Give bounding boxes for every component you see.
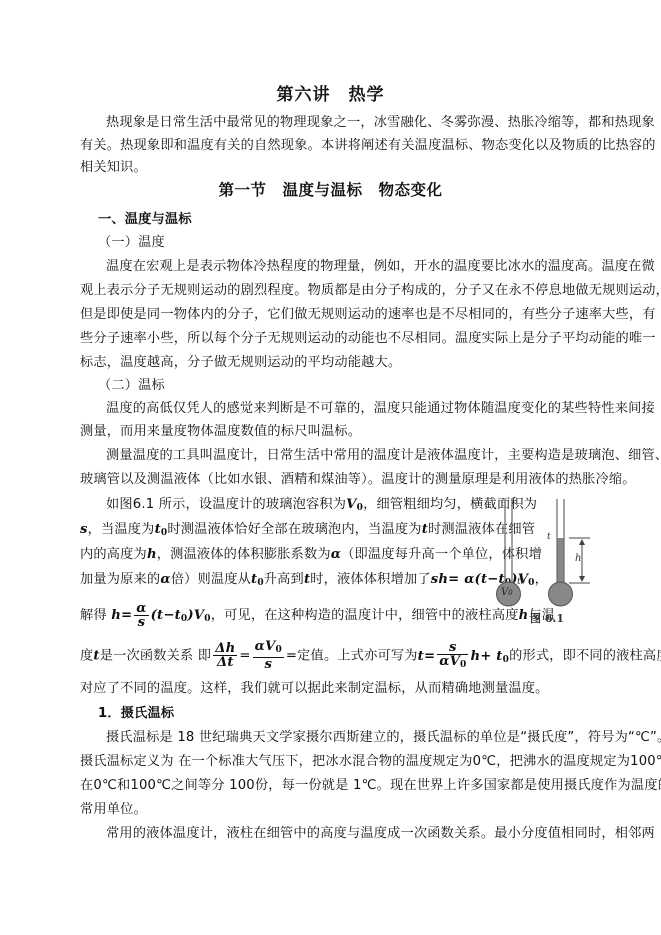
- paragraph-line: 标志，温度越高，分子做无规则运动的平均动能越大。: [80, 353, 401, 373]
- intro-line: 有关。热现象即和温度有关的自然现象。本讲将阐述有关温度温标、物态变化以及物质的比…: [80, 136, 656, 156]
- math-alpha: α: [331, 547, 341, 562]
- label-V0: V0: [501, 587, 513, 598]
- figure-caption: 图 6.1: [530, 610, 564, 626]
- lecture-title: 第六讲 热学: [0, 80, 661, 105]
- equation-t: t=sαV0h+ t0: [418, 649, 509, 664]
- paragraph-line: 摄氏温标是 18 世纪瑞典天文学家摄尔西斯建立的，摄氏温标的单位是“摄氏度”，符…: [106, 728, 661, 748]
- paragraph-line: 在0℃和100℃之间等分 100份，每一份就是 1℃。现在世界上许多国家都是使用…: [80, 776, 661, 796]
- paragraph-line: s，当温度为t0时测温液体恰好全部在玻璃泡内，当温度为t时测温液体在细管: [80, 520, 535, 543]
- equation-h: h=αs(t−t0)V0: [111, 608, 211, 623]
- label-h: h: [575, 553, 581, 564]
- section-title: 第一节 温度与温标 物态变化: [0, 178, 661, 200]
- paragraph-line: 内的高度为h，测温液体的体积膨胀系数为α（即温度每升高一个单位，体积增: [80, 545, 542, 565]
- heading-temperature-scale: 一、温度与温标: [98, 210, 192, 230]
- math-V0: V0: [346, 497, 363, 512]
- subheading-temperature: （一）温度: [98, 233, 165, 253]
- label-t: t: [547, 532, 551, 542]
- paragraph-line: 解得 h=αs(t−t0)V0，可见，在这种构造的温度计中，细管中的液柱高度h与…: [80, 602, 555, 633]
- fraction-dh-dt: ΔhΔt: [213, 642, 237, 669]
- document-page: 第六讲 热学 热现象是日常生活中最常见的物理现象之一，冰雪融化、冬雾弥漫、热胀冷…: [0, 0, 661, 935]
- math-t0: t0: [155, 522, 168, 537]
- figure-thermometer: t0 V0 t h 图 6.1: [492, 484, 622, 634]
- paragraph-line: 如图6.1 所示，设温度计的玻璃泡容积为V0，细管粗细均匀，横截面积为: [106, 495, 537, 518]
- paragraph-line: 观上表示分子无规则运动的剧烈程度。物质都是由分子构成的，分子又在永不停息地做无规…: [80, 281, 661, 301]
- paragraph-line: 温度在宏观上是表示物体冷热程度的物理量，例如，开水的温度要比冰水的温度高。温度在…: [106, 257, 655, 277]
- paragraph-line: 度t是一次函数关系 即ΔhΔt=αV0s=定值。上式亦可写为t=sαV0h+ t…: [80, 640, 661, 675]
- paragraph-line: 摄氏温标定义为 在一个标准大气压下，把冰水混合物的温度规定为0℃，把沸水的温度规…: [80, 752, 661, 772]
- math-s: s: [80, 522, 88, 537]
- intro-line: 热现象是日常生活中最常见的物理现象之一，冰雪融化、冬雾弥漫、热胀冷缩等，都和热现…: [106, 113, 655, 133]
- paragraph-line: 常用单位。: [80, 800, 147, 820]
- math-h: h: [147, 547, 157, 562]
- paragraph-line: 温度的高低仅凭人的感觉来判断是不可靠的，温度只能通过物体随温度变化的某些特性来间…: [106, 399, 655, 419]
- paragraph-line: 测量，而用来量度物体温度数值的标尺叫温标。: [80, 422, 361, 442]
- fraction-aV0-s: αV0s: [253, 640, 284, 671]
- paragraph-line: 测量温度的工具叫温度计，日常生活中常用的温度计是液体温度计，主要构造是玻璃泡、细…: [106, 446, 661, 466]
- paragraph-line: 些分子速率小些，所以每个分子无规则运动的动能也不尽相同。温度实际上是分子平均动能…: [80, 329, 656, 349]
- label-t0: t0: [517, 577, 525, 587]
- paragraph-line: 常用的液体温度计，液柱在细管中的高度与温度成一次函数关系。最小分度值相同时，相邻…: [106, 824, 655, 844]
- paragraph-line: 加量为原来的α倍）则温度从t0升高到t时，液体体积增加了sh= α(t−t0)V…: [80, 570, 548, 593]
- heading-celsius: 1．摄氏温标: [98, 704, 174, 724]
- paragraph-line: 但是即使是同一物体内的分子，它们做无规则运动的速率也是不尽相同的，有些分子速率大…: [80, 305, 656, 325]
- subheading-scale: （二）温标: [98, 376, 165, 396]
- intro-line: 相关知识。: [80, 158, 147, 178]
- paragraph-line: 对应了不同的温度。这样，我们就可以据此来制定温标，从而精确地测量温度。: [80, 679, 549, 699]
